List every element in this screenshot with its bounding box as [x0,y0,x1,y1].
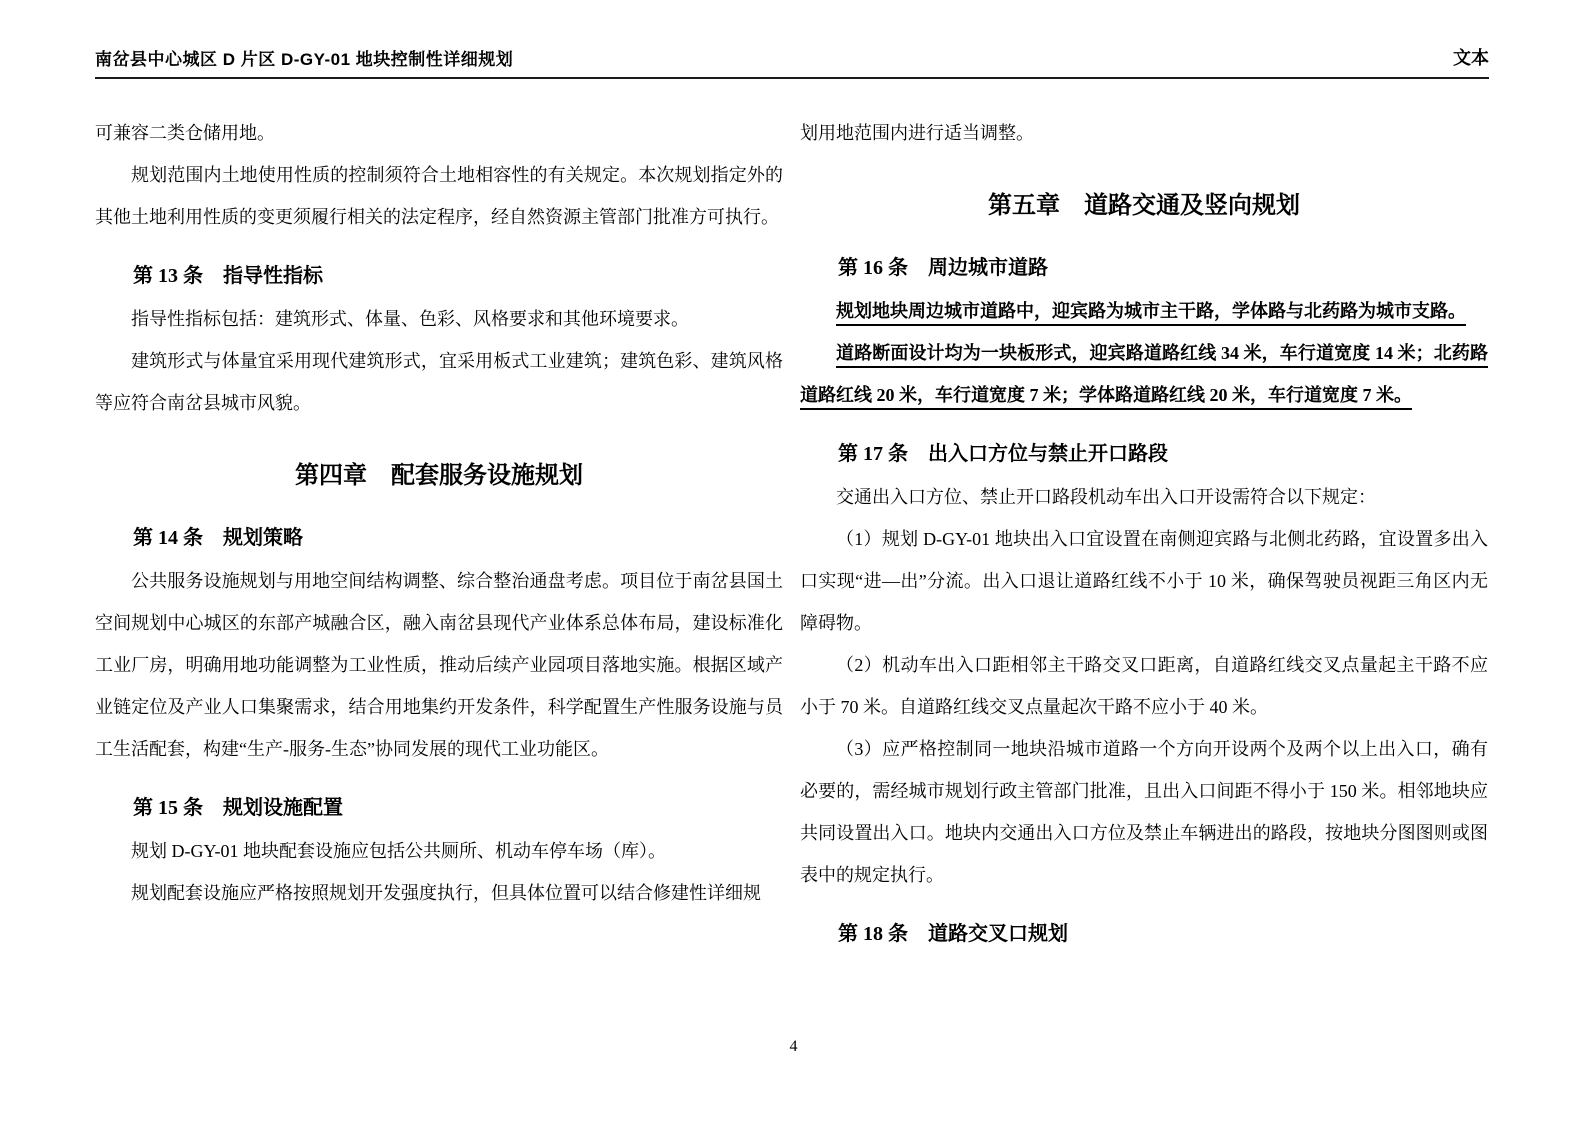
article-16-heading: 第 16 条 周边城市道路 [800,246,1488,290]
paragraph-overflow-adjustment: 划用地范围内进行适当调整。 [800,112,1488,154]
article-17-paragraph-1: 交通出入口方位、禁止开口路段机动车出入口开设需符合以下规定： [800,476,1488,518]
article-14-heading: 第 14 条 规划策略 [95,516,783,560]
article-15-paragraph-2: 规划配套设施应严格按照规划开发强度执行，但具体位置可以结合修建性详细规 [95,872,783,914]
article-15-heading: 第 15 条 规划设施配置 [95,786,783,830]
right-column: 划用地范围内进行适当调整。 第五章 道路交通及竖向规划 第 16 条 周边城市道… [800,112,1488,956]
article-14-paragraph-1: 公共服务设施规划与用地空间结构调整、综合整治通盘考虑。项目位于南岔县国土空间规划… [95,560,783,770]
article-16-paragraph-2-underlined: 道路断面设计均为一块板形式，迎宾路道路红线 34 米，车行道宽度 14 米；北药… [800,332,1488,416]
header-doc-type: 文本 [1453,44,1489,70]
article-16-paragraph-1-underlined: 规划地块周边城市道路中，迎宾路为城市主干路，学体路与北药路为城市支路。 [800,290,1488,332]
article-13-paragraph-2: 建筑形式与体量宜采用现代建筑形式，宜采用板式工业建筑；建筑色彩、建筑风格等应符合… [95,340,783,424]
article-17-heading: 第 17 条 出入口方位与禁止开口路段 [800,432,1488,476]
article-15-paragraph-1: 规划 D-GY-01 地块配套设施应包括公共厕所、机动车停车场（库）。 [95,830,783,872]
chapter-4-heading: 第四章 配套服务设施规划 [95,452,783,500]
article-17-paragraph-2: （1）规划 D-GY-01 地块出入口宜设置在南侧迎宾路与北侧北药路，宜设置多出… [800,518,1488,644]
article-18-heading: 第 18 条 道路交叉口规划 [800,912,1488,956]
document-page: 南岔县中心城区 D 片区 D-GY-01 地块控制性详细规划 文本 可兼容二类仓… [0,0,1587,1122]
paragraph-land-use-compatibility: 规划范围内土地使用性质的控制须符合土地相容性的有关规定。本次规划指定外的其他土地… [95,154,783,238]
page-header: 南岔县中心城区 D 片区 D-GY-01 地块控制性详细规划 文本 [95,44,1489,79]
header-title: 南岔县中心城区 D 片区 D-GY-01 地块控制性详细规划 [95,45,513,70]
article-17-paragraph-4: （3）应严格控制同一地块沿城市道路一个方向开设两个及两个以上出入口，确有必要的，… [800,728,1488,896]
left-column: 可兼容二类仓储用地。 规划范围内土地使用性质的控制须符合土地相容性的有关规定。本… [95,112,783,914]
chapter-5-heading: 第五章 道路交通及竖向规划 [800,182,1488,230]
article-13-paragraph-1: 指导性指标包括：建筑形式、体量、色彩、风格要求和其他环境要求。 [95,298,783,340]
article-17-paragraph-3: （2）机动车出入口距相邻主干路交叉口距离，自道路红线交叉点量起主干路不应小于 7… [800,644,1488,728]
article-13-heading: 第 13 条 指导性指标 [95,254,783,298]
page-number: 4 [0,1038,1587,1056]
paragraph-overflow-warehouse: 可兼容二类仓储用地。 [95,112,783,154]
